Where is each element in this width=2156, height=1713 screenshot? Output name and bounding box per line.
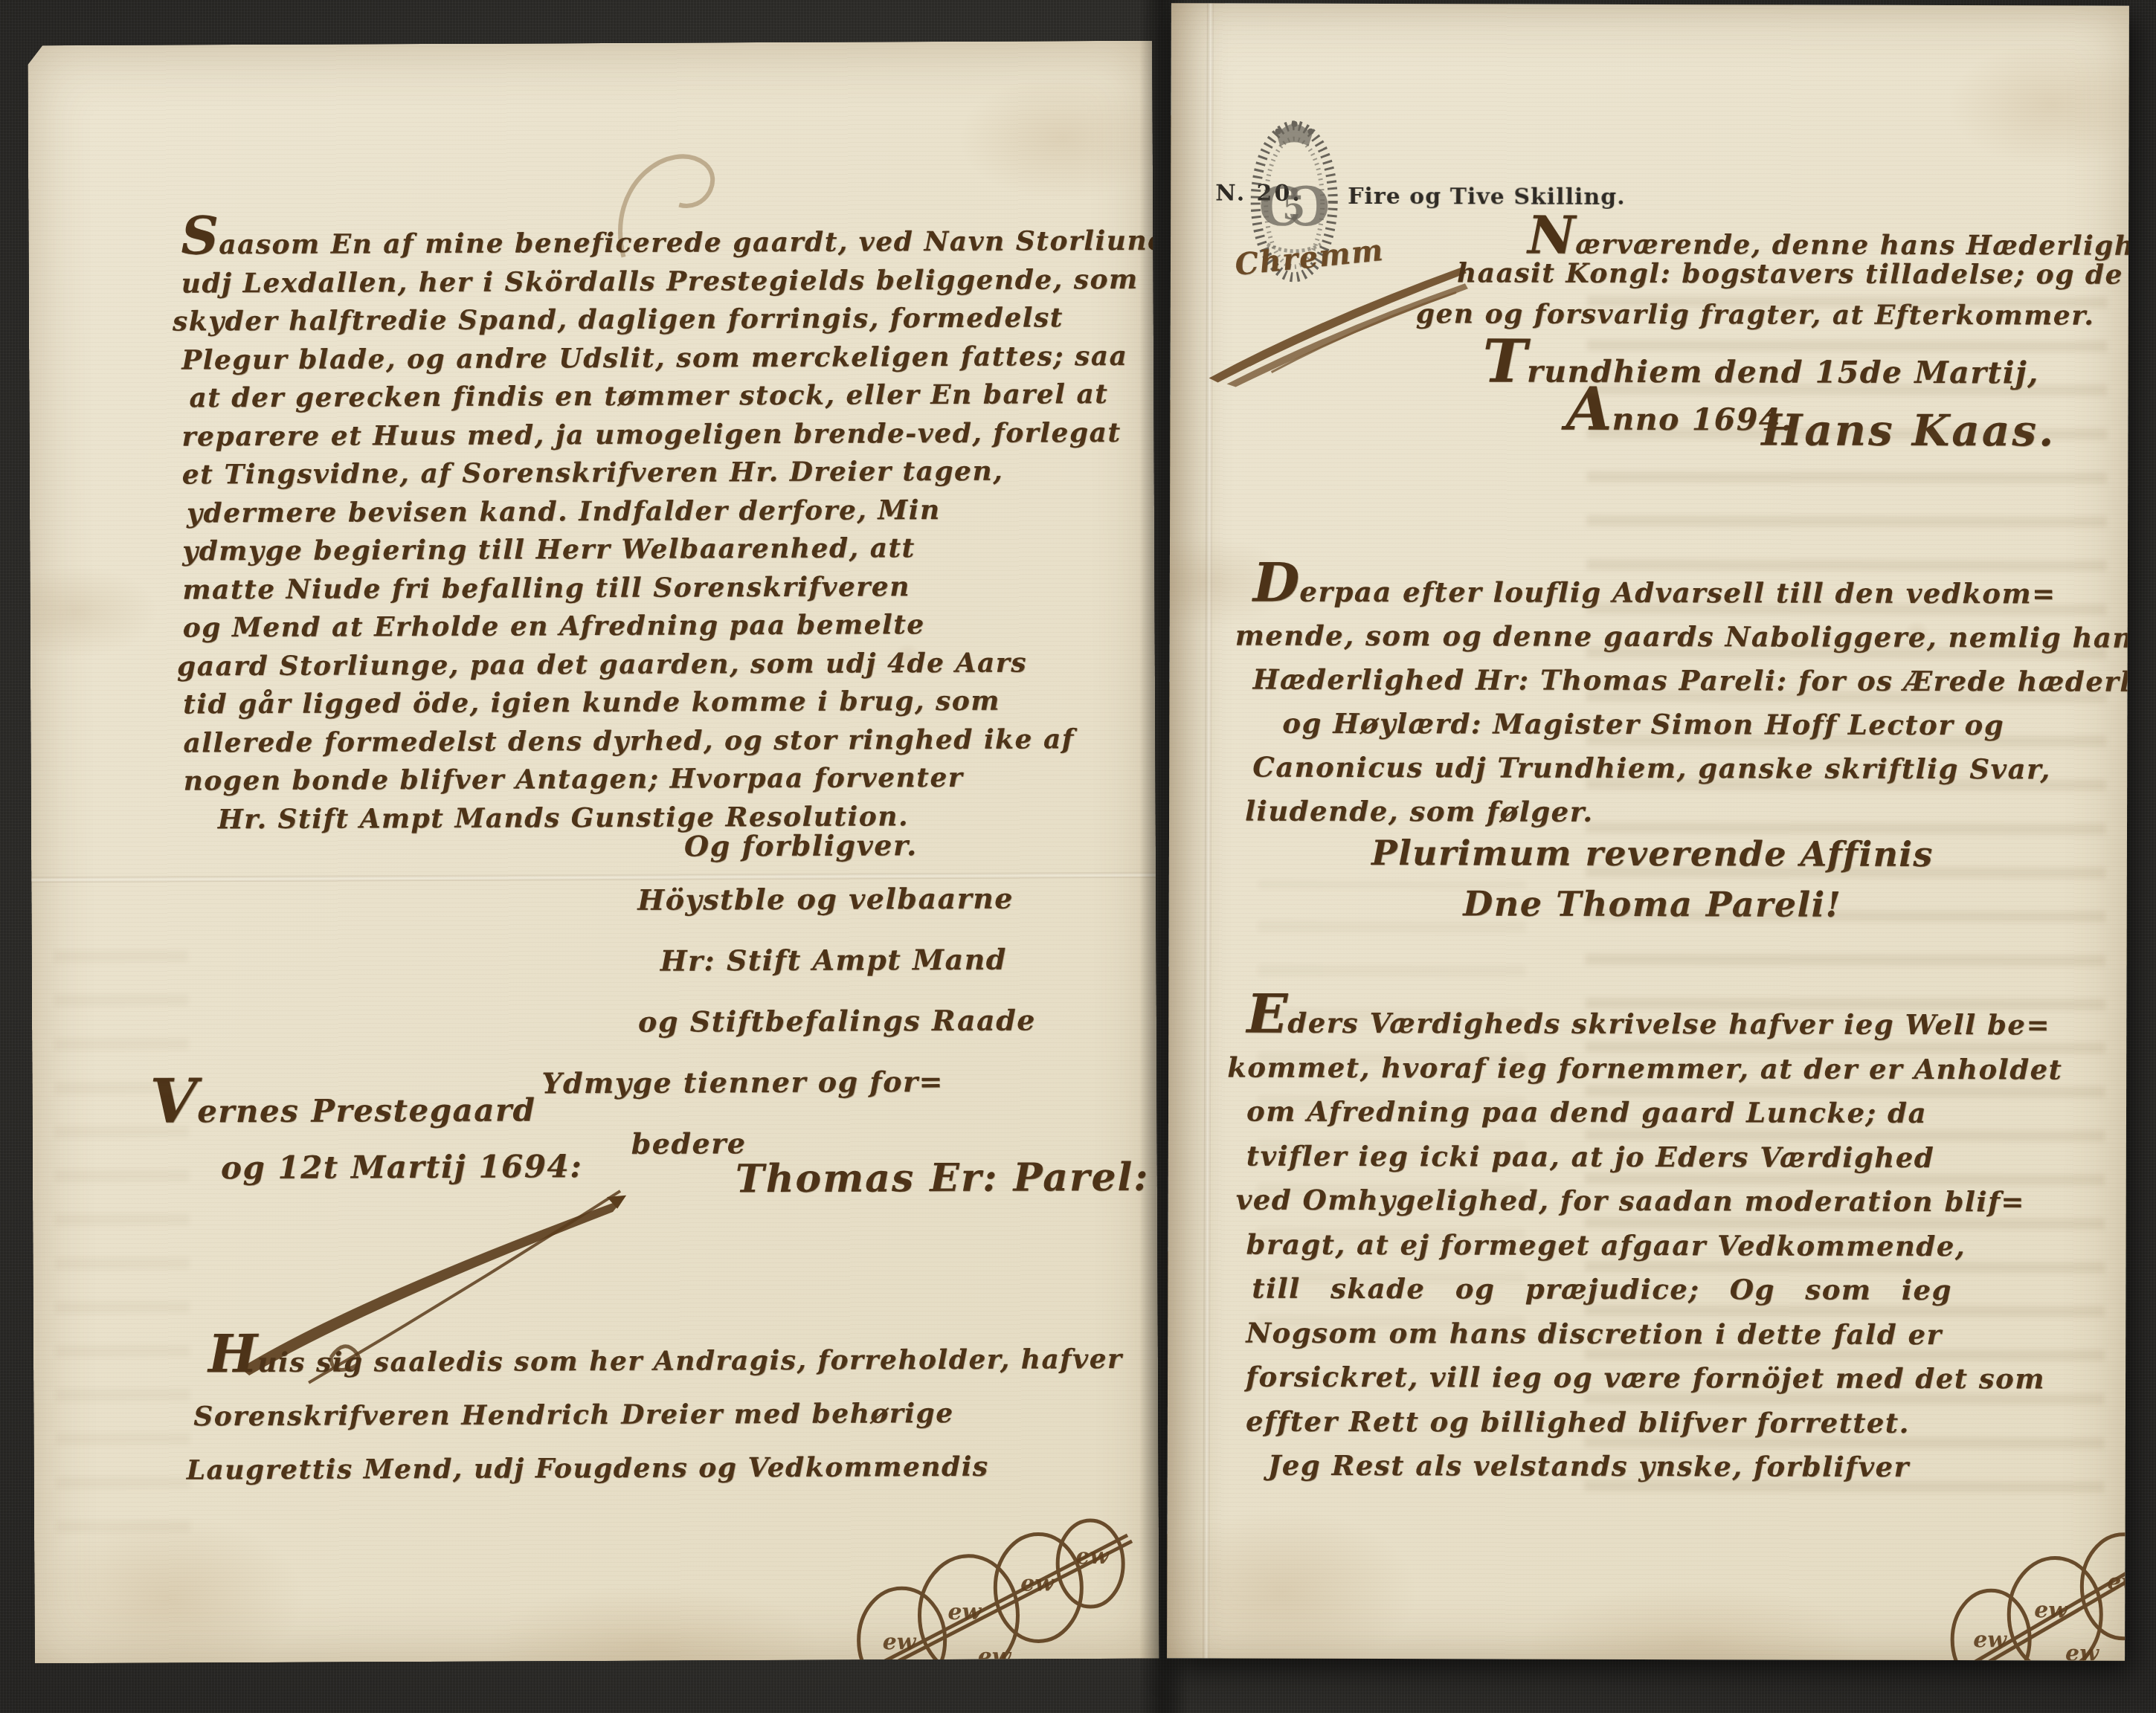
manuscript-line: skyder halftredie Spand, dagligen forrin… (173, 298, 1159, 341)
manuscript-line: et Tingsvidne, af Sorenskrifveren Hr. Dr… (182, 451, 1159, 494)
manuscript-line: till skade og præjudice; Og som ieg (1252, 1267, 2062, 1313)
manuscript-line: om Afredning paa dend gaard Luncke; da (1246, 1090, 2062, 1136)
svg-text:ew: ew (1075, 1543, 1110, 1570)
manuscript-line: ved Omhygelighed, for saadan moderation … (1236, 1178, 2062, 1225)
manuscript-line: Hæderlighed Hr: Thomas Pareli: for os Ær… (1252, 658, 2128, 704)
manuscript-line: reparere et Huus med, ja umogeligen bren… (181, 413, 1159, 457)
manuscript-line: tid går ligged öde, igien kunde komme i … (183, 681, 1159, 724)
signature-hans-kaas: Hans Kaas. (1761, 404, 2056, 456)
signature-thomas-pareli: Thomas Er: Parel: (736, 1155, 1150, 1201)
manuscript-right-page: N. 20. C C 5 Fire og Tive Skilling. Chre… (1167, 3, 2129, 1660)
svg-text:ew: ew (947, 1599, 982, 1625)
svg-text:ew: ew (883, 1629, 917, 1655)
intro-paragraph: Derpaa efter louflig Advarsell till den … (1252, 564, 2129, 836)
manuscript-line: Jeg Rest als velstands ynske, forblifver (1268, 1444, 2062, 1490)
manuscript-line: og Mend at Erholde en Afredning paa beme… (183, 604, 1159, 648)
manuscript-line: Huis sig saaledis som her Andragis, forr… (208, 1332, 1123, 1390)
svg-text:ew: ew (2034, 1597, 2068, 1623)
manuscript-line: mende, som og denne gaards Naboliggere, … (1235, 614, 2129, 660)
manuscript-line: Nogsom om hans discretion i dette fald e… (1246, 1311, 2062, 1357)
latin-salutation: Plurimum reverende AffinisDne Thoma Pare… (1355, 828, 1950, 930)
manuscript-line: og Stiftbefalings Raade (638, 990, 1036, 1052)
resolution-year: Anno 1694. (1565, 388, 1792, 438)
manuscript-line: matte Niude fri befalling till Sorenskri… (182, 567, 1159, 610)
svg-text:ew: ew (1020, 1570, 1055, 1596)
petition-paragraph: Saasom En af mine beneficerede gaardt, v… (181, 213, 1159, 839)
manuscript-line: ydermere bevisen kand. Indfalder derfore… (187, 490, 1159, 533)
manuscript-line: effter Rett og billighed blifver forrett… (1246, 1399, 2062, 1445)
printed-stamp-duty-text: Fire og Tive Skilling. (1348, 184, 1626, 210)
compliment-block: Höystble og velbaarneHr: Stift Ampt Mand… (507, 868, 1037, 1175)
manuscript-line: udj Lexdallen, her i Skördalls Prestegie… (181, 260, 1159, 303)
manuscript-left-page: Saasom En af mine beneficerede gaardt, v… (28, 41, 1159, 1664)
manuscript-line: ydmyge begiering till Herr Welbaarenhed,… (182, 528, 1159, 571)
manuscript-line: tvifler ieg icki paa, at jo Eders Værdig… (1246, 1134, 2062, 1180)
notarial-rings-flourish-icon: ew ew ew ew ew (843, 1507, 1134, 1663)
svg-text:ew: ew (2065, 1640, 2099, 1660)
salutation-line: Plurimum reverende Affinis (1355, 828, 1950, 880)
manuscript-line: bragt, at ej formeget afgaar Vedkommende… (1246, 1222, 2062, 1268)
manuscript-line: Plegur blade, og andre Udslit, som merck… (181, 337, 1159, 380)
archive-photo-scene: Saasom En af mine beneficerede gaardt, v… (0, 0, 2156, 1713)
manuscript-line: Hr: Stift Ampt Mand (660, 929, 1035, 991)
manuscript-line: og Høylærd: Magister Simon Hoff Lector o… (1282, 702, 2129, 748)
vertical-fold-crease (1203, 3, 1214, 1658)
manuscript-line: Saasom En af mine beneficerede gaardt, v… (181, 213, 1159, 265)
manuscript-line: Derpaa efter louflig Advarsell till den … (1253, 564, 2129, 616)
svg-text:5: 5 (1282, 190, 1305, 228)
svg-text:ew: ew (1973, 1627, 2007, 1653)
resolution-line: Nærværende, denne hans Hæderligheds begi… (1528, 217, 2129, 262)
reply-paragraph: Eders Værdigheds skrivelse hafver ieg We… (1246, 996, 2063, 1490)
manuscript-line: gaard Storliunge, paa det gaarden, som u… (177, 643, 1159, 686)
bleed-through-shadow (54, 937, 190, 1532)
manuscript-line: at der gerecken findis en tømmer stock, … (189, 375, 1159, 418)
place-line: Vernes Prestegaard (149, 1078, 582, 1141)
svg-text:ew: ew (2107, 1570, 2129, 1596)
svg-text:ew: ew (978, 1644, 1012, 1664)
notarial-rings-flourish-icon: ew ew ew ew ew (1942, 1512, 2129, 1661)
salutation-line: Dne Thoma Pareli! (1355, 878, 1950, 930)
resolution-line: haasit Kongl: bogstavers tilladelse; og … (1457, 257, 2129, 291)
closing-line: Og forbligver. (684, 828, 918, 862)
postscript-paragraph: Huis sig saaledis som her Andragis, forr… (208, 1332, 1123, 1497)
manuscript-line: Eders Værdigheds skrivelse hafver ieg We… (1246, 996, 2062, 1048)
manuscript-line: Ydmyge tienner og for= (541, 1051, 1036, 1114)
manuscript-line: forsickret, vill ieg og være fornöjet me… (1246, 1355, 2062, 1401)
manuscript-line: kommet, hvoraf ieg fornemmer, at der er … (1227, 1045, 2062, 1091)
manuscript-line: Canonicus udj Trundhiem, ganske skriftli… (1252, 746, 2129, 792)
manuscript-line: allerede formedelst dens dyrhed, og stor… (183, 720, 1159, 763)
manuscript-line: Sorenskrifveren Hendrich Dreier med behø… (193, 1386, 1123, 1443)
manuscript-line: Laugrettis Mend, udj Fougdens og Vedkomm… (186, 1439, 1123, 1497)
manuscript-line: nogen bonde blifver Antagen; Hvorpaa for… (183, 758, 1159, 801)
